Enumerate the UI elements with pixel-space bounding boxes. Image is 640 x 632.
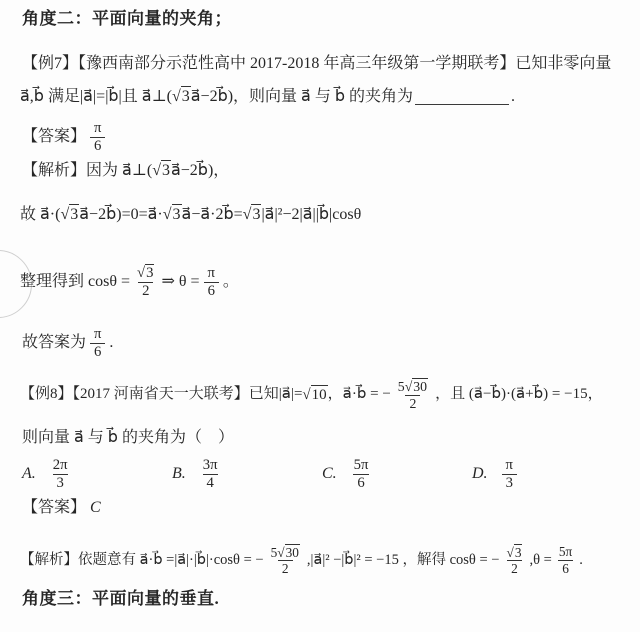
sqrt-expression: √ 3	[163, 204, 182, 226]
radicand: 3	[251, 204, 261, 226]
fraction: 5 √ 30 2	[268, 544, 303, 577]
example8-intro-text-1: 【例8】【2017 河南省天一大联考】已知|a⃗|=	[20, 385, 302, 405]
derive-text-1: 整理得到 cosθ =	[20, 272, 130, 293]
solution8-text-1: 【解析】依题意有 a⃗·b⃗ =|a⃗|·|b⃗|·cosθ = −	[20, 551, 264, 570]
example7-condition-line: a⃗,b⃗ 满足|a⃗|=|b⃗|且 a⃗⊥( √ 3 a⃗−2b⃗)，则向量 …	[20, 86, 515, 108]
fraction-numerator: π	[205, 265, 218, 282]
radical-sign: √	[60, 207, 69, 223]
example7-intro-line: 【例7】【豫西南部分示范性高中 2017-2018 年高三年级第一学期联考】已知…	[22, 54, 611, 75]
radical-sign: √	[243, 207, 252, 223]
fraction-numerator: 3π	[200, 457, 221, 474]
fraction-denominator: 6	[90, 343, 105, 361]
radical-sign: √	[506, 546, 513, 559]
example8-solution-line: 【解析】依题意有 a⃗·b⃗ =|a⃗|·|b⃗|·cosθ = − 5 √ 3…	[20, 534, 583, 586]
example8-answer-line: 【答案】 C	[22, 498, 101, 519]
fraction: π 6	[90, 326, 105, 361]
fraction-numerator: 5 √ 30	[395, 378, 431, 395]
example7-solution-line2: 故 a⃗·( √ 3 a⃗−2b⃗)=0=a⃗· √ 3 a⃗−a⃗·2b⃗= …	[20, 204, 361, 226]
choice-A: A. 2π 3	[22, 457, 172, 492]
sqrt-expression: √ 10	[302, 385, 327, 406]
section-heading-angle2: 角度二：平面向量的夹角；	[22, 8, 232, 30]
fraction-denominator: 2	[278, 560, 293, 576]
conclusion-period: .	[109, 333, 113, 354]
fraction-denominator: 2	[405, 395, 420, 412]
fraction-numerator: 5 √ 30	[268, 544, 303, 560]
answer-blank-underline	[415, 89, 509, 105]
fraction-numerator: 5π	[556, 544, 575, 559]
derive-text-2: ⇒ θ =	[161, 272, 199, 293]
fraction: √ 3 2	[503, 544, 525, 577]
example7-intro-text: 【例7】【豫西南部分示范性高中 2017-2018 年高三年级第一学期联考】已知…	[22, 54, 611, 75]
radical-sign: √	[137, 266, 145, 281]
radical-sign: √	[277, 546, 284, 559]
fraction-denominator: 6	[90, 137, 105, 155]
equation-text-2: a⃗−2b⃗)=0=a⃗·	[79, 205, 163, 226]
numerator-coefficient: 5	[398, 379, 405, 395]
example7-solution-line1: 【解析】因为 a⃗⊥( √ 3 a⃗−2b⃗)，	[22, 160, 229, 182]
example8-choices-row: A. 2π 3 B. 3π 4 C. 5π 6 D. π 3	[22, 452, 521, 496]
sqrt-expression: √ 3	[243, 204, 262, 226]
fraction-denominator: 2	[138, 282, 153, 300]
radical-sign: √	[172, 89, 181, 105]
example8-intro-line: 【例8】【2017 河南省天一大联考】已知|a⃗|= √ 10 ，a⃗·b⃗ =…	[20, 368, 603, 422]
fraction: 5π 6	[351, 457, 372, 492]
fraction: π 6	[90, 120, 105, 155]
heading-text: 角度二：平面向量的夹角；	[22, 8, 232, 30]
sqrt-expression: √ 3	[152, 160, 171, 182]
example8-question-text: 则向量 a⃗ 与 b⃗ 的夹角为（ ）	[22, 428, 234, 449]
fraction-numerator: √ 3	[134, 264, 157, 282]
condition-text-2: a⃗−2b⃗)，则向量 a⃗ 与 b⃗ 的夹角为	[191, 87, 413, 108]
solution8-text-4: .	[579, 551, 583, 570]
fraction-numerator: √ 3	[503, 544, 525, 560]
radical-sign: √	[152, 163, 161, 179]
radicand: 3	[514, 544, 523, 560]
choice-label: B.	[172, 464, 186, 485]
section-heading-angle3: 角度三：平面向量的垂直.	[22, 588, 219, 610]
fraction: 5π 6	[556, 544, 575, 576]
fraction: √ 3 2	[134, 264, 157, 300]
radical-sign: √	[302, 388, 310, 403]
fraction: π 3	[502, 457, 517, 492]
radicand: 3	[145, 264, 154, 282]
equation-text-1: 故 a⃗·(	[20, 205, 60, 226]
answer-value: C	[90, 498, 101, 519]
fraction-denominator: 3	[502, 474, 517, 492]
fraction-denominator: 4	[203, 474, 218, 492]
condition-text-1: a⃗,b⃗ 满足|a⃗|=|b⃗|且 a⃗⊥(	[20, 87, 172, 108]
radicand: 3	[181, 86, 191, 108]
choice-label: C.	[322, 464, 337, 485]
radicand: 30	[412, 378, 428, 395]
fraction-denominator: 6	[558, 560, 573, 576]
radicand: 30	[285, 544, 300, 560]
equation-text-4: |a⃗|²−2|a⃗||b⃗|cosθ	[261, 205, 361, 226]
radicand: 3	[69, 204, 79, 226]
conclusion-text: 故答案为	[22, 333, 86, 354]
condition-period: .	[511, 87, 515, 108]
choice-D: D. π 3	[472, 457, 521, 492]
fraction-numerator: 5π	[351, 457, 372, 474]
solution-text-2: a⃗−2b⃗)，	[171, 161, 229, 182]
heading-text: 角度三：平面向量的垂直.	[22, 588, 219, 610]
fraction-numerator: π	[91, 326, 104, 343]
solution8-text-3: ,θ =	[529, 551, 551, 570]
fraction: π 6	[204, 265, 219, 300]
fraction-numerator: π	[91, 120, 104, 137]
solution-text-1: 【解析】因为 a⃗⊥(	[22, 161, 152, 182]
answer-label: 【答案】	[22, 127, 86, 148]
example8-intro-text-3: ，且 (a⃗−b⃗)·(a⃗+b⃗) = −15，	[435, 385, 603, 405]
example8-question-line: 则向量 a⃗ 与 b⃗ 的夹角为（ ）	[22, 428, 234, 449]
fraction: 2π 3	[50, 457, 71, 492]
fraction: 5 √ 30 2	[395, 378, 431, 412]
equation-text-3: a⃗−a⃗·2b⃗=	[182, 205, 243, 226]
radical-sign: √	[163, 207, 172, 223]
fraction-numerator: 2π	[50, 457, 71, 474]
choice-label: A.	[22, 464, 36, 485]
example7-solution-line3: 整理得到 cosθ = √ 3 2 ⇒ θ = π 6 。	[20, 252, 239, 312]
fraction-denominator: 3	[53, 474, 68, 492]
fraction: 3π 4	[200, 457, 221, 492]
example8-intro-text-2: ，a⃗·b⃗ = −	[328, 385, 391, 405]
radicand: 3	[172, 204, 182, 226]
example7-solution-line4: 故答案为 π 6 .	[22, 320, 113, 366]
answer-label: 【答案】	[22, 498, 86, 519]
radicand: 3	[161, 160, 171, 182]
radicand: 10	[311, 385, 328, 406]
choice-B: B. 3π 4	[172, 457, 322, 492]
sqrt-expression: √ 3	[172, 86, 191, 108]
choice-label: D.	[472, 464, 488, 485]
fraction-denominator: 6	[353, 474, 368, 492]
derive-text-3: 。	[223, 272, 239, 293]
fraction-denominator: 6	[204, 282, 219, 300]
fraction-numerator: π	[503, 457, 516, 474]
example7-answer-line: 【答案】 π 6	[22, 118, 109, 156]
fraction-denominator: 2	[507, 560, 522, 576]
numerator-coefficient: 5	[271, 545, 278, 560]
radical-sign: √	[405, 380, 413, 394]
choice-C: C. 5π 6	[322, 457, 472, 492]
sqrt-expression: √ 3	[60, 204, 79, 226]
solution8-text-2: ,|a⃗|² −|b⃗|² = −15 ，解得 cosθ = −	[307, 551, 500, 570]
